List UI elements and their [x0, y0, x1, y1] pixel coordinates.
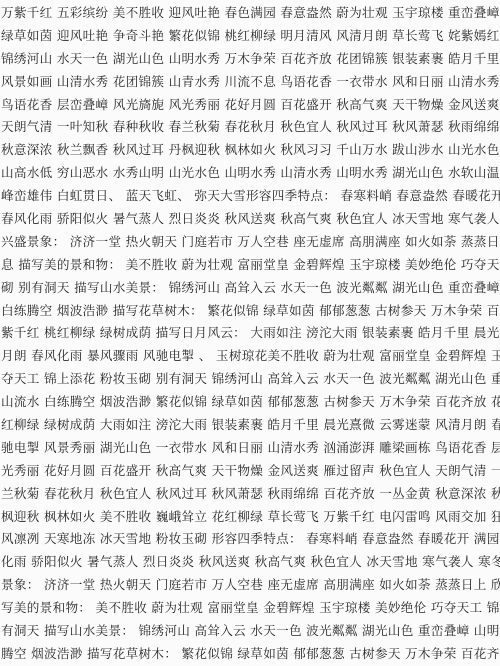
- text-line: 鸟语花香 层峦叠嶂 风光旖旎 风光秀丽 花好月圆 百花盛开 秋高气爽 天干物燥 …: [1, 94, 500, 117]
- text-line: 兴盛景象： 济济一堂 热火朝天 门庭若市 万人空巷 座无虚席 高朋满座 如火如荼…: [1, 231, 500, 254]
- text-line: 腾空 烟波浩渺 描写花草树木： 繁花似锦 绿草如茵 郁郁葱葱 古树参天 万木争荣…: [1, 643, 500, 666]
- text-line: 春风化雨 骄阳似火 暑气蒸人 烈日炎炎 秋风送爽 秋高气爽 秋色宜人 冰天雪地 …: [1, 208, 500, 231]
- text-line: 锦绣河山 水天一色 湖光山色 山明水秀 万木争荣 百花齐放 花团锦簇 银装素裹 …: [1, 48, 500, 71]
- text-line: 秋意深浓 秋兰飘香 秋风过耳 丹枫迎秋 枫林如火 秋风习习 千山万水 跋山涉水 …: [1, 139, 500, 162]
- text-line: 风凛冽 天寒地冻 冰天雪地 粉妆玉砌 形容四季特点： 春寒料峭 春意盎然 春暖花…: [1, 528, 500, 551]
- text-line: 写美的景和物： 美不胜收 蔚为壮观 富丽堂皇 金碧辉煌 玉宇琼楼 美妙绝伦 巧夺…: [1, 597, 500, 620]
- text-line: 紫千红 桃红柳绿 绿树成荫 描写日月风云： 大雨如注 滂沱大雨 银装素裹 皓月千…: [1, 322, 500, 345]
- text-line: 光秀丽 花好月圆 百花盛开 秋高气爽 天干物燥 金风送爽 雁过留声 秋色宜人 天…: [1, 460, 500, 483]
- text-line: 山流水 白练腾空 烟波浩渺 繁花似锦 绿草如茵 郁郁葱葱 古树参天 万木争荣 百…: [1, 391, 500, 414]
- text-line: 兰秋菊 春花秋月 秋色宜人 秋风过耳 秋风萧瑟 秋雨绵绵 百花齐放 一丛金黄 秋…: [1, 483, 500, 506]
- text-line: 驰电掣 风景秀丽 湖光山色 一衣带水 风和日丽 山清水秀 汹涌澎湃 雕梁画栋 鸟…: [1, 437, 500, 460]
- text-line: 峰峦雄伟 白虹贯日、 蓝天飞虹、 弥天大雪形容四季特点： 春寒料峭 春意盎然 春…: [1, 185, 500, 208]
- text-line: 景象： 济济一堂 热火朝天 门庭若市 万人空巷 座无虚席 高朋满座 如火如荼 蒸…: [1, 574, 500, 597]
- text-line: 化雨 骄阳似火 暑气蒸人 烈日炎炎 秋风送爽 秋高气爽 秋色宜人 冰天雪地 寒气…: [1, 551, 500, 574]
- text-line: 息 描写美的景和物： 美不胜收 蔚为壮观 富丽堂皇 金碧辉煌 玉宇琼楼 美妙绝伦…: [1, 254, 500, 277]
- text-line: 红柳绿 绿树成荫 大雨如注 滂沱大雨 银装素裹 皓月千里 晨光熹微 云雾迷蒙 风…: [1, 414, 500, 437]
- text-line: 枫迎秋 枫林如火 美不胜收 巍峨耸立 花红柳绿 草长莺飞 万紫千红 电闪雷鸣 风…: [1, 506, 500, 529]
- text-line: 风景如画 山清水秀 花团锦簇 山青水秀 川流不息 鸟语花香 一衣带水 风和日丽 …: [1, 71, 500, 94]
- idiom-text-document: 万紫千红 五彩缤纷 美不胜收 迎风吐艳 春色满园 春意盎然 蔚为壮观 玉宇琼楼 …: [0, 0, 500, 666]
- text-line: 月朗 春风化雨 暴风骤雨 风驰电掣 、 玉树琼花美不胜收 蔚为壮观 富丽堂皇 金…: [1, 345, 500, 368]
- text-line: 有洞天 描写山水美景： 锦绣河山 高耸入云 水天一色 波光粼粼 湖光山色 重峦叠…: [1, 620, 500, 643]
- text-line: 天朗气清 一叶知秋 春种秋收 春兰秋菊 春花秋月 秋色宜人 秋风过耳 秋风萧瑟 …: [1, 116, 500, 139]
- text-line: 砌 别有洞天 描写山水美景： 锦绣河山 高耸入云 水天一色 波光粼粼 湖光山色 …: [1, 277, 500, 300]
- text-line: 山高水低 穷山恶水 水秀山明 山光水色 山明水秀 山清水秀 山明水秀 湖光山色 …: [1, 162, 500, 185]
- text-line: 绿草如茵 迎风吐艳 争奇斗艳 繁花似锦 桃红柳绿 明月清风 风清月朗 草长莺飞 …: [1, 25, 500, 48]
- text-line: 白练腾空 烟波浩渺 描写花草树木： 繁花似锦 绿草如茵 郁郁葱葱 古树参天 万木…: [1, 300, 500, 323]
- text-line: 万紫千红 五彩缤纷 美不胜收 迎风吐艳 春色满园 春意盎然 蔚为壮观 玉宇琼楼 …: [1, 2, 500, 25]
- text-line: 夺天工 锦上添花 粉妆玉砌 别有洞天 锦绣河山 高耸入云 水天一色 波光粼粼 湖…: [1, 368, 500, 391]
